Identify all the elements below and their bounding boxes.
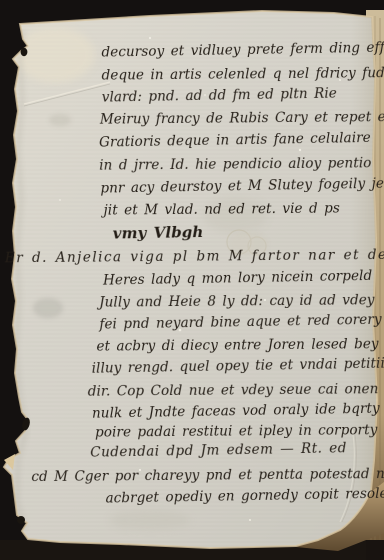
pale-corner-patch [15, 27, 95, 83]
laid-texture [0, 0, 384, 560]
gutter-shading [350, 12, 376, 492]
photo-background [0, 0, 384, 560]
paper-sheet [0, 0, 384, 560]
manuscript-page-photo: decursoy et vidluey prete ferm ding effa… [0, 0, 384, 560]
